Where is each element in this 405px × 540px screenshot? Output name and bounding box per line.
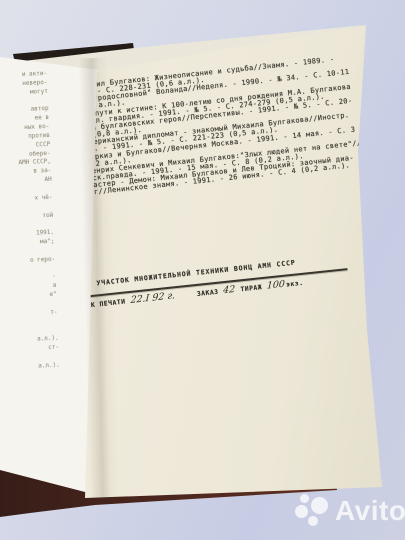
stamp-handwritten-text: 42 [223, 284, 236, 296]
left-page-fragment-line: а.л.). [13, 362, 60, 373]
stamp-handwritten-text: 22.I 92 г. [130, 290, 175, 306]
stamp-typed-text: ЗАКАЗ [196, 288, 218, 298]
bibliography-list: 10.Михаил Булгаков: Жизнеописание и судь… [65, 54, 364, 198]
right-page-content: 55 10.Михаил Булгаков: Жизнеописание и с… [60, 24, 405, 517]
avito-watermark: Avito [294, 492, 405, 530]
avito-wordmark: Avito [335, 497, 405, 525]
avito-logo-icon [294, 492, 330, 530]
book-photo: и акти-неверо-могут авторее вных во-прот… [0, 0, 405, 540]
stamp-handwritten-text: 100 [267, 279, 286, 292]
stamp-typed-text: ТИРАЖ [240, 283, 262, 293]
stamp-typed-text: экз. [286, 279, 304, 289]
left-page-text-fragments: и акти-неверо-могут авторее вных во-прот… [0, 70, 60, 372]
